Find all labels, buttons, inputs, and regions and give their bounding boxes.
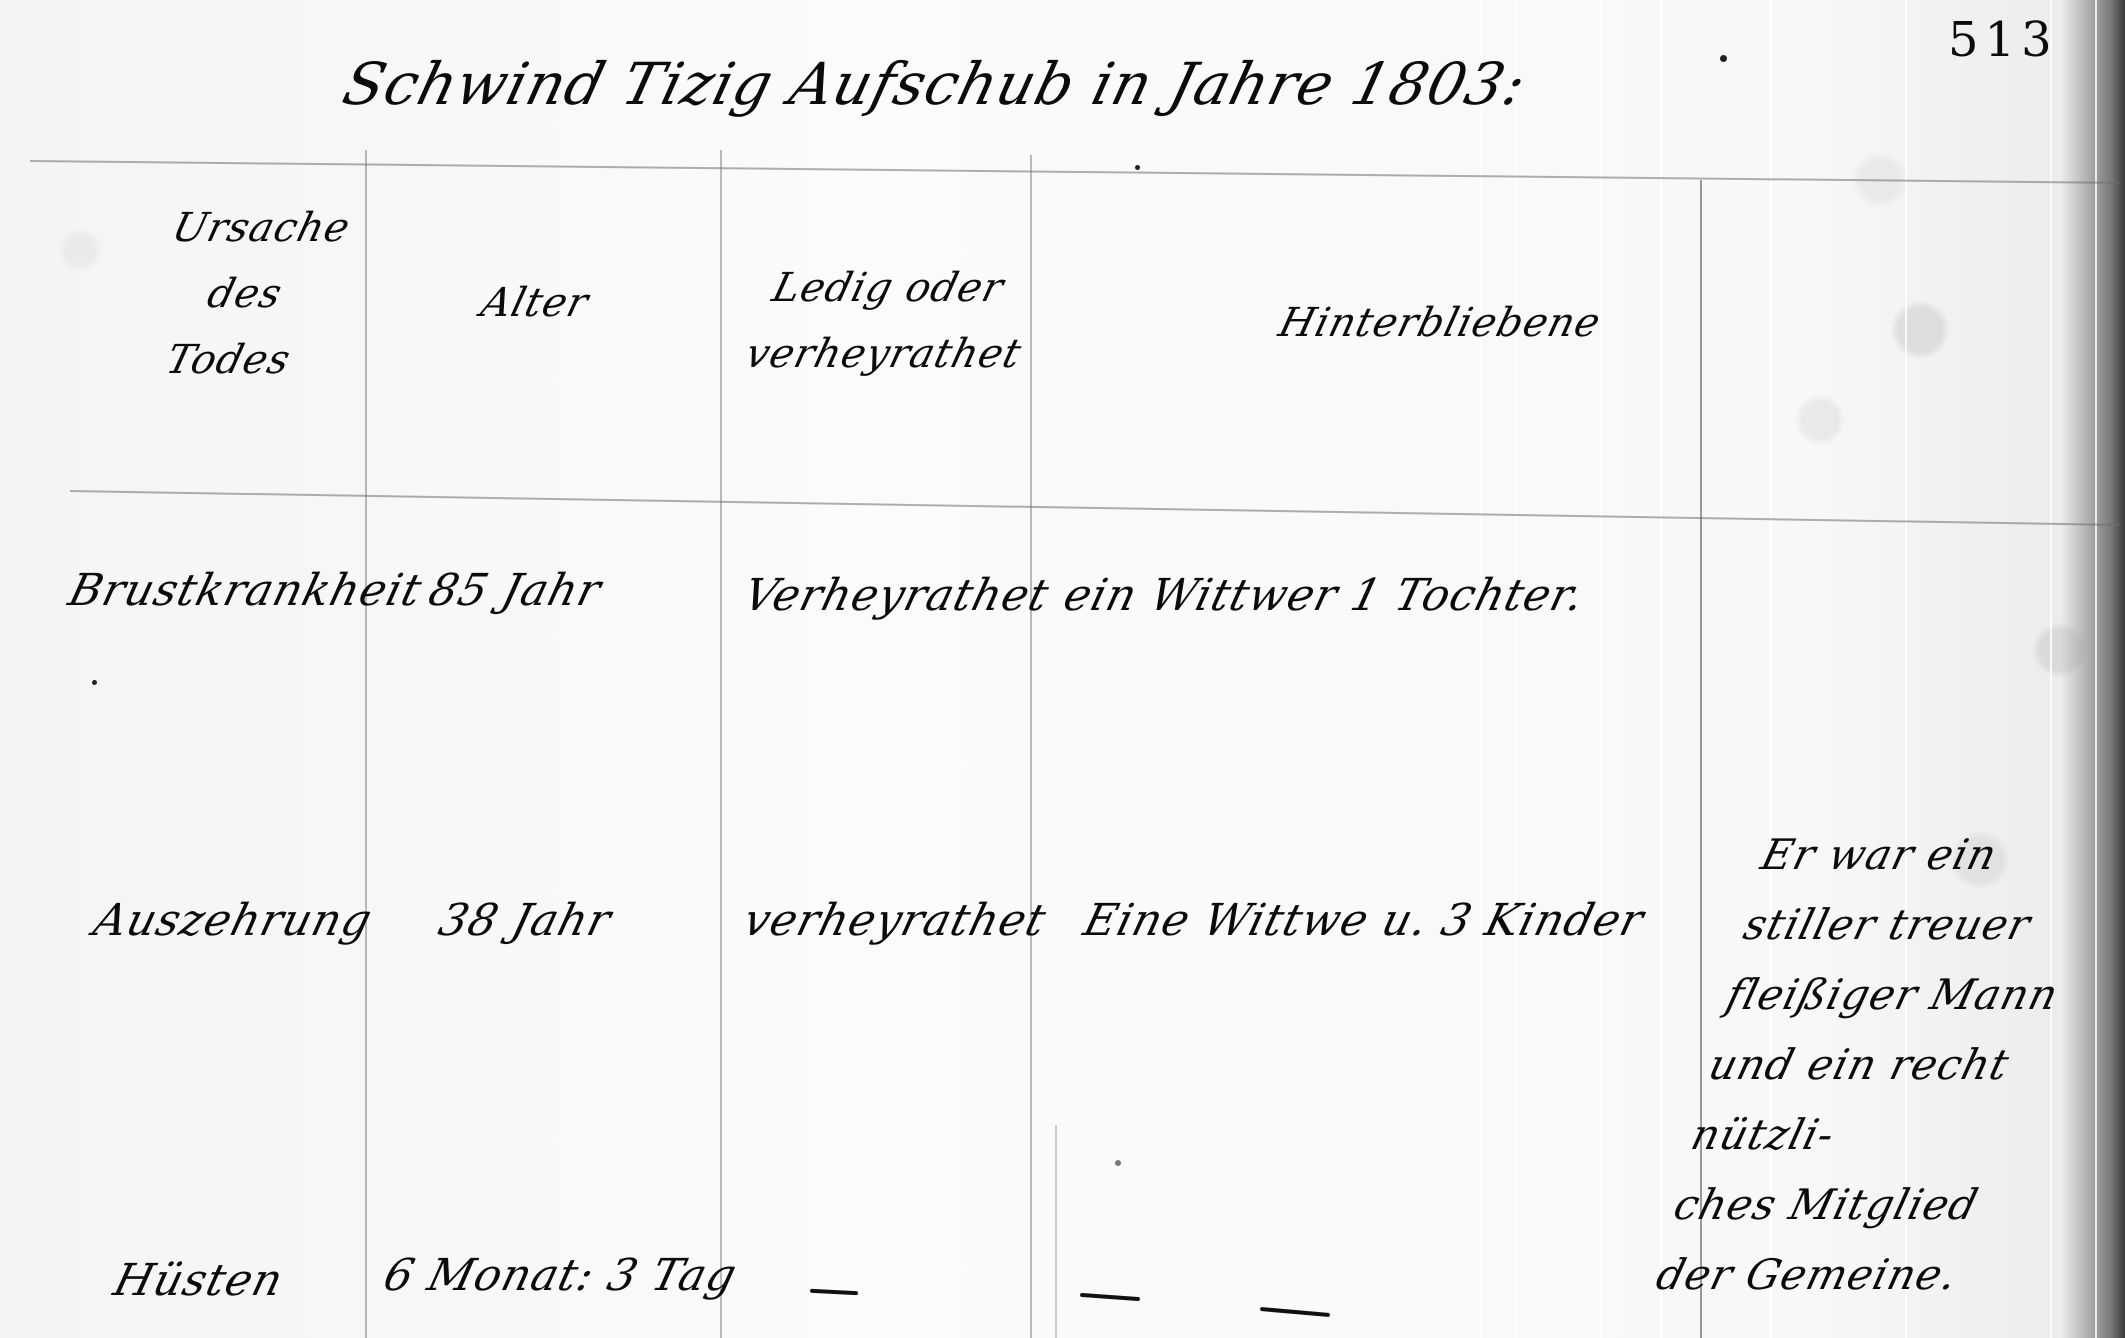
- remark-line: ches Mitglied: [1666, 1170, 2083, 1240]
- remark-line: Er war ein: [1754, 820, 2125, 890]
- header-marital-status: Ledig oder verheyrathet: [739, 255, 1022, 387]
- ink-speck: [92, 680, 97, 685]
- register-page: Schwind Tizig Aufschub in Jahre 1803: 51…: [0, 0, 2125, 1338]
- remark-line: und ein recht nützli-: [1684, 1030, 2119, 1170]
- row-1-status: Verheyrathet: [739, 570, 1055, 621]
- ink-speck: [1720, 55, 1727, 62]
- row-3-age: 6 Monat: 3 Tag: [379, 1250, 743, 1301]
- scan-streak: [1600, 0, 1602, 1338]
- row-2-cause: Auszehrung: [89, 895, 378, 946]
- ink-speck: [1135, 165, 1140, 170]
- column-divider-3: [1030, 155, 1032, 1338]
- row-3-cause: Hüsten: [109, 1255, 289, 1306]
- remark-line: stiller treuer: [1736, 890, 2125, 960]
- header-cause-of-death: Ursache des Todes: [125, 195, 364, 393]
- header-top-rule: [30, 160, 2120, 184]
- header-survivors: Hinterbliebene: [1192, 290, 1688, 356]
- row-1-age: 85 Jahr: [424, 565, 607, 616]
- ink-speck: [1115, 1160, 1121, 1166]
- remark-line: fleißiger Mann: [1719, 960, 2125, 1030]
- page-number: 513: [1948, 12, 2058, 68]
- row-3-survivors-dash-1: [1080, 1293, 1140, 1301]
- row-1-survivors: ein Wittwer 1 Tochter.: [1059, 570, 1590, 621]
- scan-streak: [2095, 0, 2097, 1338]
- row-2-status: verheyrathet: [739, 895, 1052, 946]
- page-title: Schwind Tizig Aufschub in Jahre 1803:: [337, 50, 1534, 118]
- header-bottom-rule: [70, 490, 2120, 526]
- column-divider-1: [365, 150, 367, 1338]
- column-divider-2: [720, 150, 722, 1338]
- row-2-remarks: Er war ein stiller treuer fleißiger Mann…: [1649, 820, 2125, 1310]
- header-age: Alter: [412, 270, 658, 336]
- row-2-age: 38 Jahr: [434, 895, 617, 946]
- scan-streak: [1660, 0, 1662, 1338]
- remark-line: der Gemeine.: [1649, 1240, 2066, 1310]
- row-3-survivors-dash-2: [1260, 1307, 1330, 1317]
- scan-streak: [1480, 0, 1482, 1338]
- row-3-status-dash: [810, 1289, 858, 1296]
- bleed-through-line: [1055, 1125, 1057, 1338]
- scan-streak: [1515, 0, 1517, 1338]
- row-2-survivors: Eine Wittwe u. 3 Kinder: [1079, 895, 1650, 946]
- row-1-cause: Brustkrankheit: [64, 565, 428, 616]
